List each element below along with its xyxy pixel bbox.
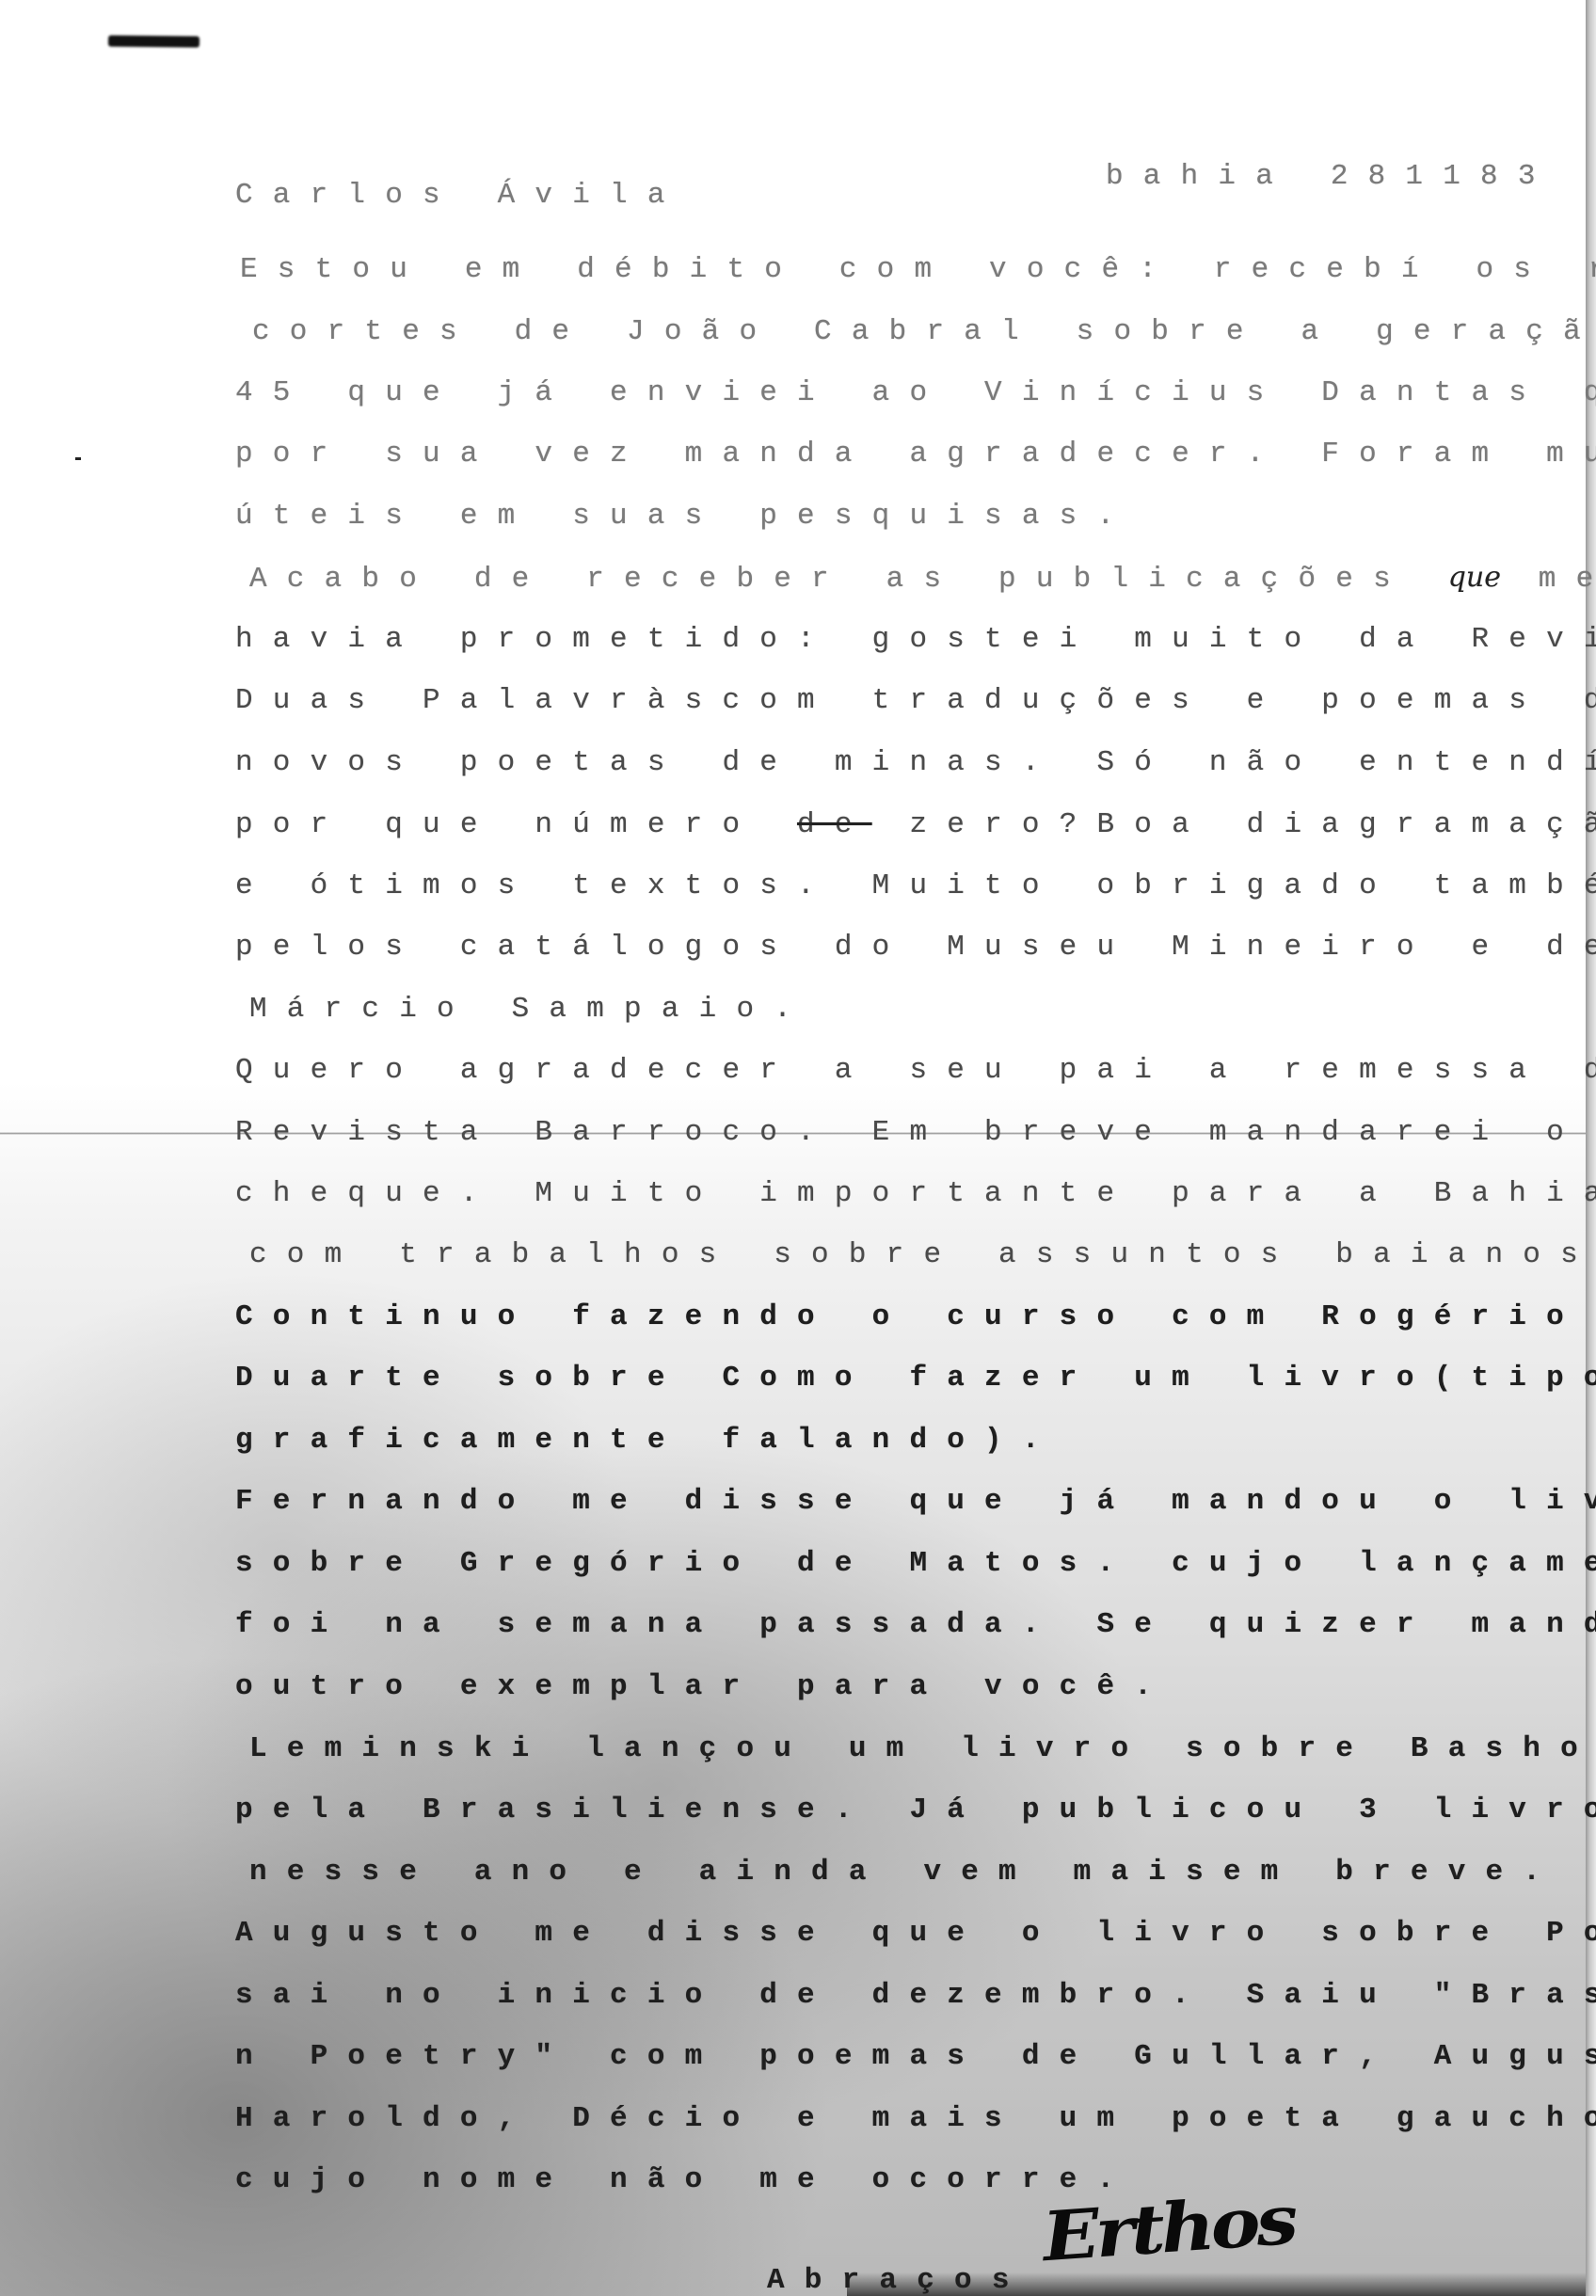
- body-line: 45 que já enviei ao Vinícius Dantas que: [235, 378, 1596, 407]
- body-line: Duarte sobre Como fazer um livro(tipo-: [235, 1363, 1596, 1393]
- handwritten-correction: que: [1448, 561, 1501, 594]
- typed-text: Acabo de receber as publicações: [249, 563, 1448, 596]
- body-line: graficamente falando).: [235, 1426, 1060, 1455]
- ink-mark: [108, 35, 199, 47]
- body-line: Estou em débito com você: recebí os re-: [240, 255, 1596, 284]
- body-line: nesse ano e ainda vem maisem breve.: [249, 1858, 1560, 1887]
- typed-text: por que número: [235, 808, 797, 841]
- body-line: outro exemplar para você.: [235, 1672, 1172, 1701]
- body-line: cheque. Muito importante para a Bahia: [235, 1179, 1596, 1208]
- body-line: com trabalhos sobre assuntos baianos.: [249, 1240, 1596, 1269]
- body-line: úteis em suas pesquisas.: [235, 502, 1134, 531]
- body-line: sobre Gregório de Matos. cujo lançamento: [235, 1549, 1596, 1578]
- body-line: Augusto me disse que o livro sobre Pound: [235, 1919, 1596, 1948]
- body-line: Continuo fazendo o curso com Rogério: [235, 1302, 1584, 1331]
- margin-dot: [75, 457, 81, 460]
- body-line: Acabo de receber as publicações que me: [249, 564, 1596, 594]
- body-line: e ótimos textos. Muito obrigado também: [235, 871, 1596, 901]
- closing-salutation: Abraços: [767, 2266, 1029, 2295]
- body-line: Leminski lançou um livro sobre Basho: [249, 1734, 1596, 1763]
- body-line: n Poetry" com poemas de Gullar, Augusto,: [235, 2042, 1596, 2071]
- body-line: sai no inicio de dezembro. Saiu "Brasili…: [235, 1981, 1596, 2010]
- body-line: Revista Barroco. Em breve mandarei o: [235, 1118, 1584, 1147]
- body-line: havia prometido: gostei muito da Revista: [235, 625, 1596, 654]
- typed-text: zero?Boa diagramação: [872, 808, 1596, 841]
- body-line: pela Brasiliense. Já publicou 3 livros: [235, 1795, 1596, 1825]
- body-line: Haroldo, Décio e mais um poeta gaucho: [235, 2104, 1596, 2133]
- body-line: Márcio Sampaio.: [249, 995, 811, 1024]
- body-line: Quero agradecer a seu pai a remessa da: [235, 1056, 1596, 1085]
- body-line: Fernando me disse que já mandou o livro: [235, 1487, 1596, 1516]
- body-line: pelos catálogos do Museu Mineiro e de: [235, 933, 1596, 962]
- body-line: por sua vez manda agradecer. Foram muito: [235, 439, 1596, 469]
- struck-out-word: de: [797, 808, 872, 841]
- body-line: cujo nome não me ocorre.: [235, 2165, 1134, 2194]
- recipient-name: Carlos Ávila: [235, 181, 685, 210]
- dateline: bahia 281183: [1106, 162, 1556, 191]
- body-line: por que número de zero?Boa diagramação: [235, 810, 1596, 839]
- body-line: Duas Palavràscom traduções e poemas de: [235, 686, 1596, 715]
- body-line: novos poetas de minas. Só não entendí: [235, 748, 1596, 777]
- body-line: foi na semana passada. Se quizer mando: [235, 1610, 1596, 1639]
- body-line: cortes de João Cabral sobre a geração: [252, 317, 1596, 346]
- typed-text: me: [1501, 563, 1596, 596]
